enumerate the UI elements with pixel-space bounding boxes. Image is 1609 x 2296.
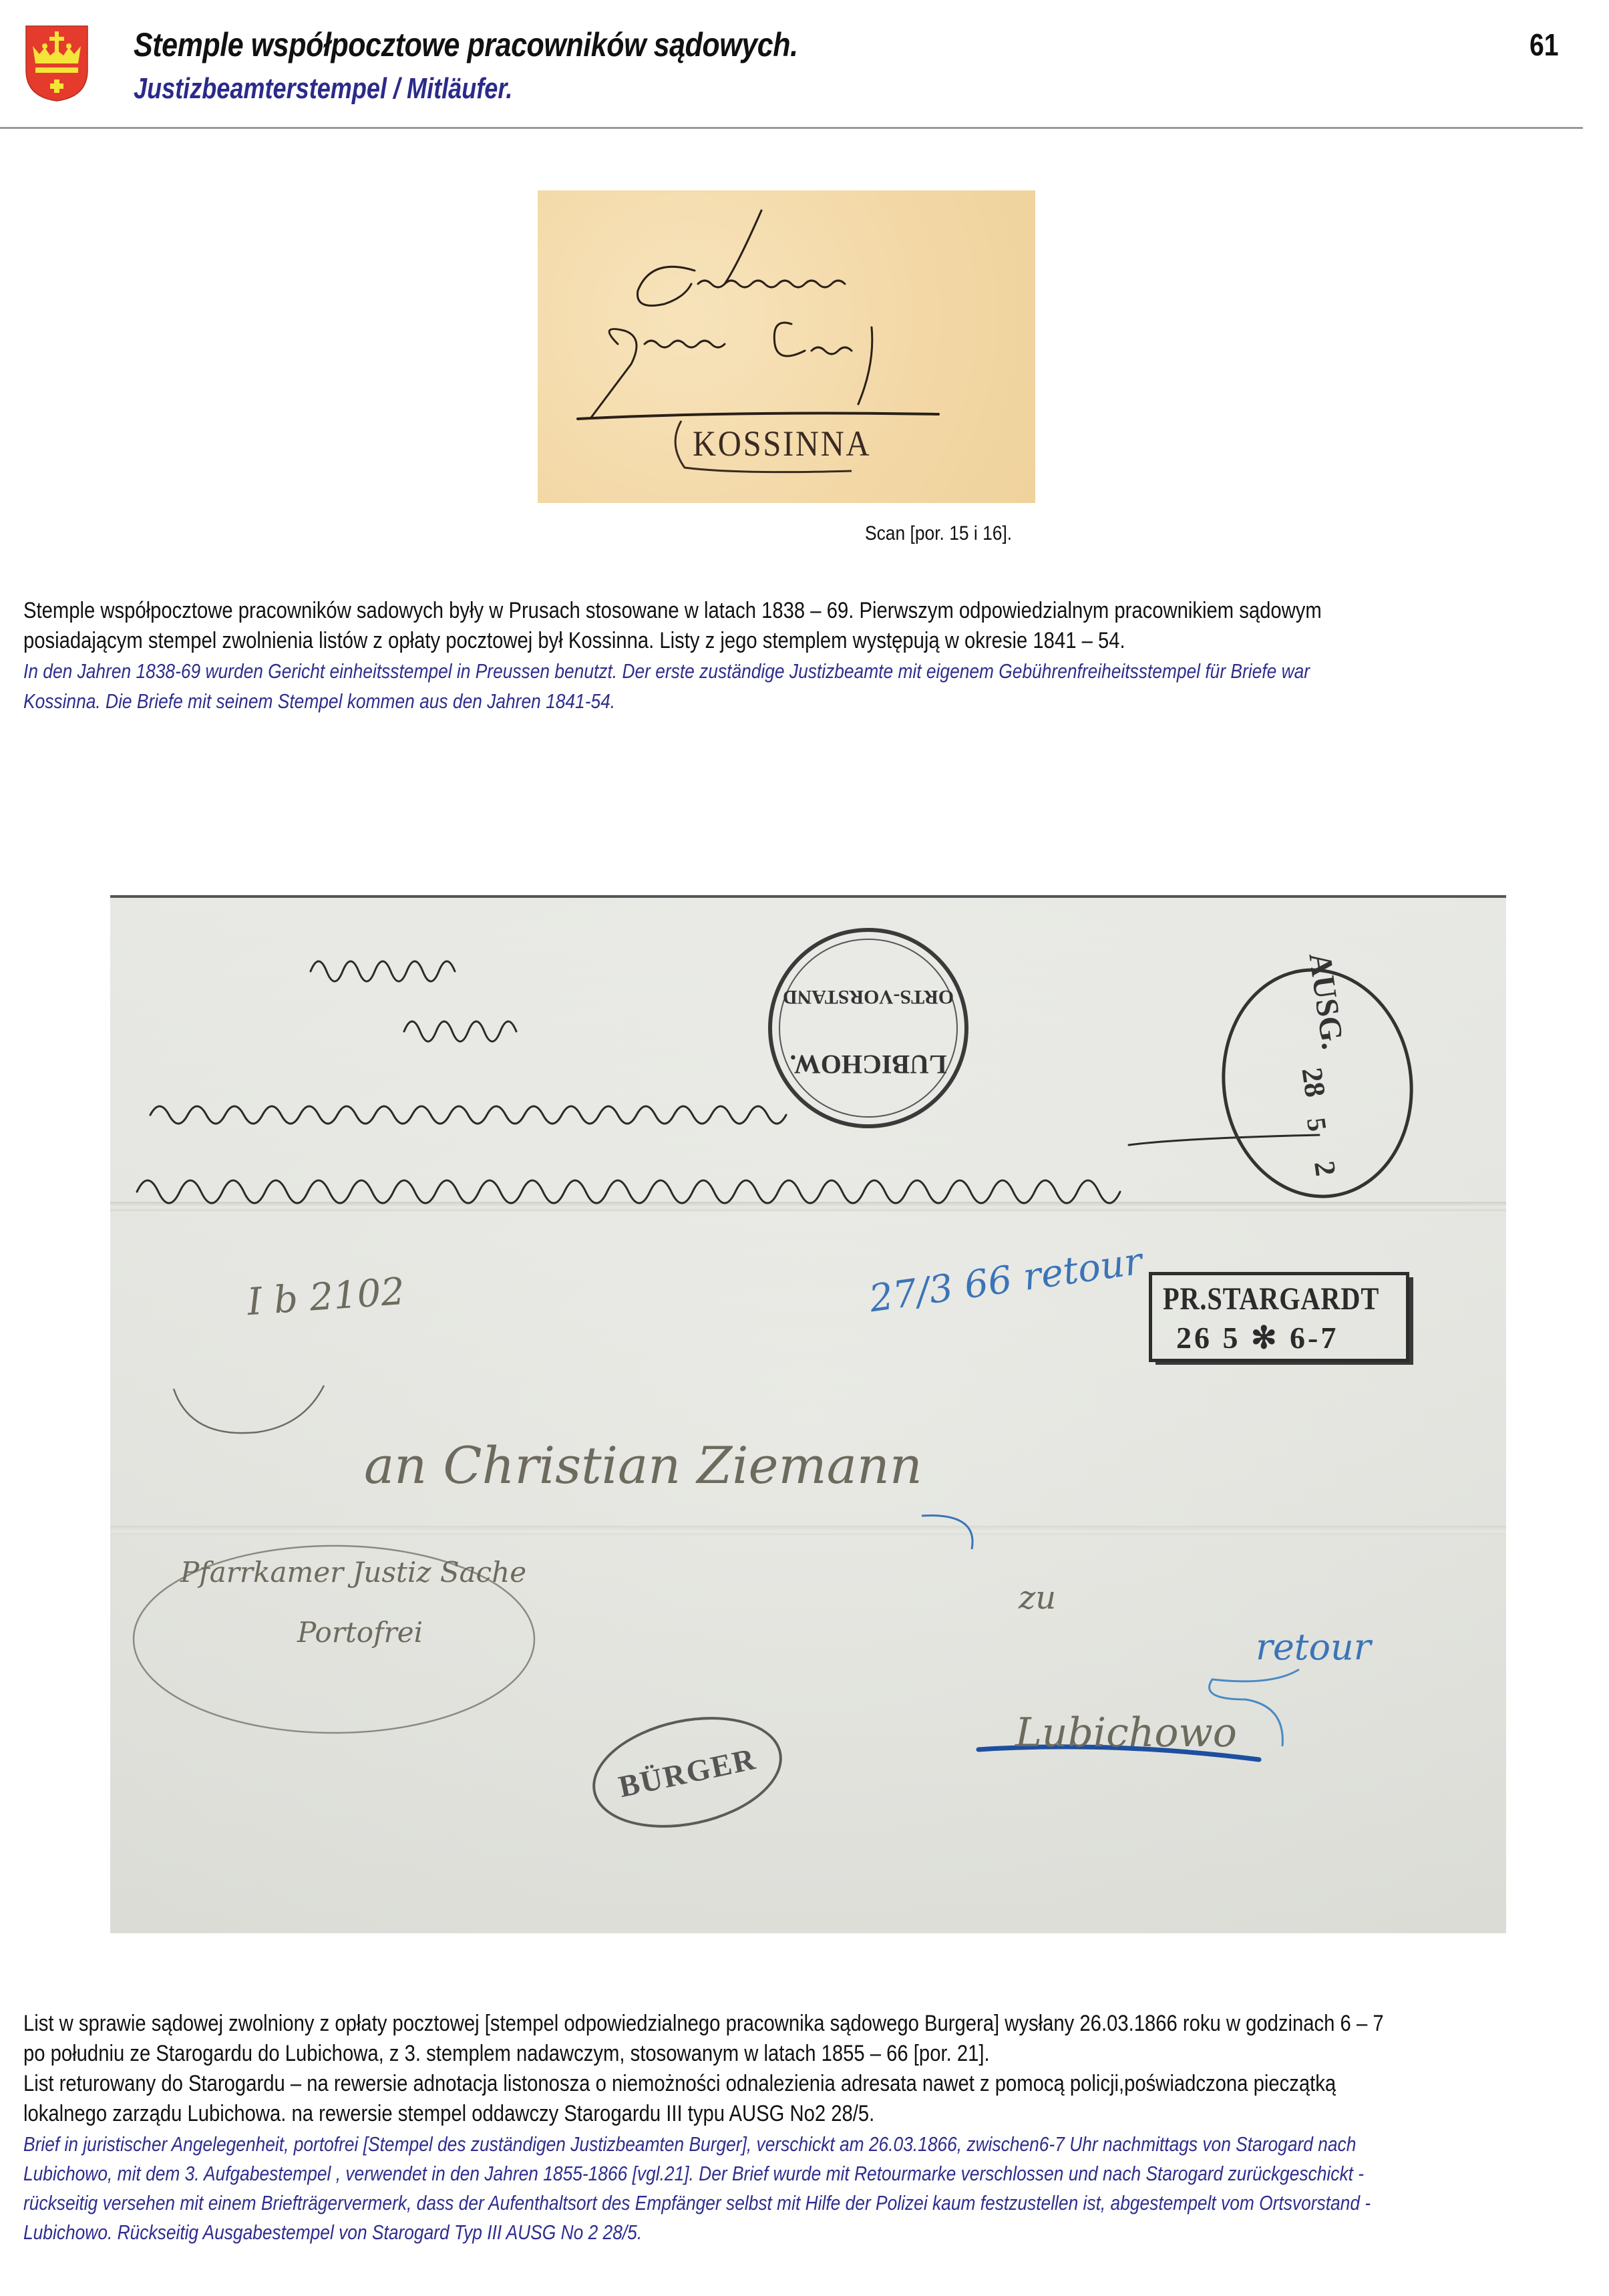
ausg-stamp-no: 2 [1307, 1159, 1343, 1178]
description-de-line: Lubichowo. Rückseitig Ausgabestempel von… [23, 2221, 1347, 2245]
ausg-stamp-month: 5 [1300, 1116, 1333, 1133]
stargardt-stamp-line1: PR.STARGARDT [1163, 1281, 1379, 1317]
description-de-line: Lubichowo, mit dem 3. Aufgabestempel , v… [23, 2162, 1347, 2186]
intro-de-line: In den Jahren 1838-69 wurden Gericht ein… [23, 659, 1347, 683]
page-title: Stemple współpocztowe pracowników sądowy… [134, 25, 798, 64]
description-pl-line: po południu ze Starogardu do Lubichowa, … [23, 2041, 1362, 2067]
page-number: 61 [1530, 27, 1558, 63]
intro-de-line: Kossinna. Die Briefe mit seinem Stempel … [23, 689, 1347, 713]
envelope-image: LUBICHOW. ORTS-VORSTAND AUSG. 28 5 2 I b… [110, 895, 1506, 1933]
description-pl-line: List returowany do Starogardu – na rewer… [23, 2071, 1362, 2097]
crest-crown-cross-icon [23, 23, 90, 102]
kossinna-stamp-text: KOSSINNA [693, 423, 871, 464]
ausg-stamp-day: 28 [1294, 1065, 1332, 1100]
scan-caption: Scan [por. 15 i 16]. [865, 522, 1012, 545]
lubichow-ortsvorstand-stamp: LUBICHOW. ORTS-VORSTAND [768, 928, 968, 1128]
page-subtitle: Justizbeamterstempel / Mitläufer. [134, 72, 512, 106]
description-de-line: Brief in juristischer Angelegenheit, por… [23, 2132, 1347, 2156]
burger-stamp-text: BÜRGER [615, 1740, 759, 1804]
blue-place-note: retour [1256, 1626, 1371, 1668]
pr-stargardt-stamp: PR.STARGARDT 26 5 ✻ 6-7 [1149, 1272, 1409, 1362]
description-de-line: rückseitig versehen mit einem Briefträge… [23, 2191, 1347, 2215]
intro-pl-line: Stemple współpocztowe pracowników sadowy… [23, 598, 1362, 624]
sender-line: Portofrei [297, 1616, 423, 1649]
addressee: an Christian Ziemann [364, 1436, 922, 1495]
description-pl-line: List w sprawie sądowej zwolniony z opłat… [23, 2011, 1362, 2037]
description-pl-line: lokalnego zarządu Lubichowa. na rewersie… [23, 2101, 1362, 2127]
lubichow-stamp-name: LUBICHOW. [772, 1049, 964, 1080]
sender-line: Pfarrkamer Justiz Sache [180, 1556, 526, 1589]
to-label: zu [1019, 1579, 1056, 1617]
place-crossed-out: Lubichowo [1015, 1709, 1237, 1756]
stargardt-stamp-line2: 26 5 ✻ 6-7 [1176, 1319, 1338, 1355]
intro-pl-line: posiadającym stempel zwolnienia listów z… [23, 628, 1362, 654]
scan-kossinna-image: KOSSINNA [538, 190, 1035, 503]
lubichow-stamp-title: ORTS-VORSTAND [772, 985, 964, 1008]
header-divider [0, 127, 1583, 129]
